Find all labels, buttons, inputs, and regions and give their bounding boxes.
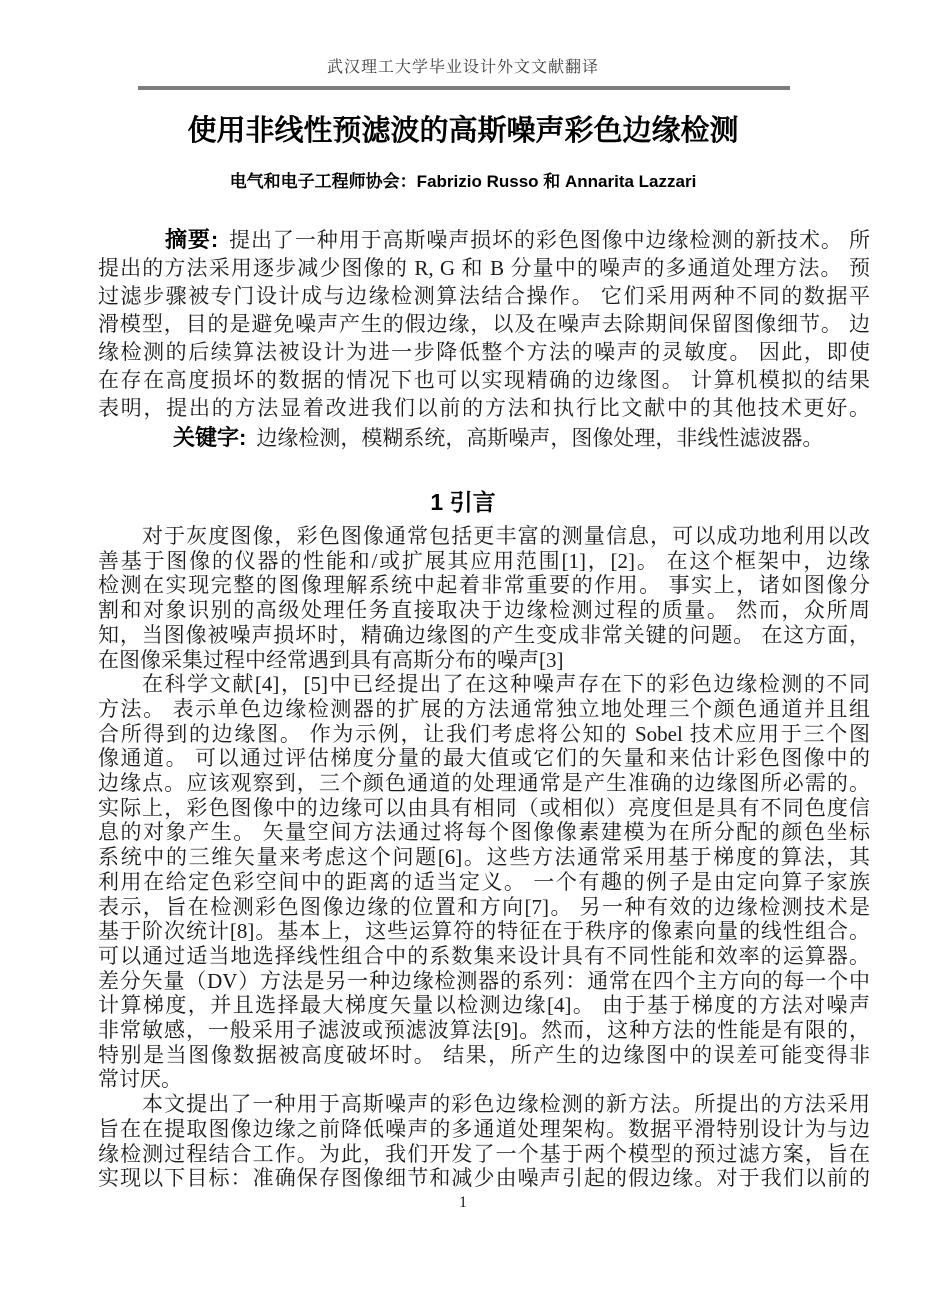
- body-line: 像通道。 可以通过评估梯度分量的最大值或它们的矢量和来估计彩色图像中的: [98, 746, 870, 771]
- paragraph-3: 本文提出了一种用于高斯噪声的彩色边缘检测的新方法。所提出的方法采用旨在在提取图像…: [98, 1092, 870, 1191]
- body-line: 基于阶次统计[8]。基本上，这些运算符的特征在于秩序的像素向量的线性组合。: [98, 919, 870, 944]
- body-line: 特别是当图像数据被高度破坏时。 结果，所产生的边缘图中的误差可能变得非: [98, 1043, 870, 1068]
- keywords-label: 关键字:: [173, 425, 246, 450]
- abstract-section: 摘要:提出了一种用于高斯噪声损坏的彩色图像中边缘检测的新技术。 所 提出的方法采…: [98, 226, 870, 422]
- body-line: 边缘点。应该观察到，三个颜色通道的处理通常是产生准确的边缘图所必需的。: [98, 771, 870, 796]
- body-line: 息的对象产生。 矢量空间方法通过将每个图像像素建模为在所分配的颜色坐标: [98, 820, 870, 845]
- body-line: 本文提出了一种用于高斯噪声的彩色边缘检测的新方法。所提出的方法采用: [98, 1092, 870, 1117]
- abstract-line: 提出的方法采用逐步减少图像的 R, G 和 B 分量中的噪声的多通道处理方法。 …: [98, 254, 870, 282]
- page-number: 1: [0, 1194, 926, 1212]
- abstract-line-text: 提出了一种用于高斯噪声损坏的彩色图像中边缘检测的新技术。 所: [228, 228, 870, 252]
- body-line: 在图像采集过程中经常遇到具有高斯分布的噪声[3]: [98, 648, 870, 673]
- abstract-label: 摘要:: [165, 227, 218, 252]
- doc-title: 使用非线性预滤波的高斯噪声彩色边缘检测: [0, 108, 926, 149]
- paragraph-2: 在科学文献[4]，[5]中已经提出了在这种噪声存在下的彩色边缘检测的不同方法。 …: [98, 672, 870, 1092]
- body-line: 可以通过适当地选择线性组合中的系数集来设计具有不同性能和效率的运算器。: [98, 944, 870, 969]
- header-title: 武汉理工大学毕业设计外文文献翻译: [0, 54, 926, 77]
- header-rule: [138, 86, 790, 90]
- abstract-line: 滑模型，目的是避免噪声产生的假边缘，以及在噪声去除期间保留图像细节。 边: [98, 310, 870, 338]
- body-line: 知，当图像被噪声损坏时，精确边缘图的产生变成非常关键的问题。 在这方面，: [98, 623, 870, 648]
- body-line: 非常敏感，一般采用子滤波或预滤波算法[9]。然而，这种方法的性能是有限的，: [98, 1018, 870, 1043]
- body-line: 利用在给定色彩空间中的距离的适当定义。 一个有趣的例子是由定向算子家族: [98, 870, 870, 895]
- byline: 电气和电子工程师协会：Fabrizio Russo 和 Annarita Laz…: [0, 167, 926, 192]
- body-line: 检测在实现完整的图像理解系统中起着非常重要的作用。 事实上，诸如图像分: [98, 573, 870, 598]
- body-line: 实现以下目标：准确保存图像细节和减少由噪声引起的假边缘。对于我们以前的: [98, 1166, 870, 1191]
- body-line: 割和对象识别的高级处理任务直接取决于边缘检测过程的质量。 然而，众所周: [98, 598, 870, 623]
- body-line: 系统中的三维矢量来考虑这个问题[6]。这些方法通常采用基于梯度的算法，其: [98, 845, 870, 870]
- paragraph-1: 对于灰度图像，彩色图像通常包括更丰富的测量信息，可以成功地利用以改善基于图像的仪…: [98, 524, 870, 672]
- body-line: 旨在在提取图像边缘之前降低噪声的多通道处理架构。数据平滑特别设计为与边: [98, 1117, 870, 1142]
- abstract-line: 缘检测的后续算法被设计为进一步降低整个方法的噪声的灵敏度。 因此，即使: [98, 338, 870, 366]
- body-line: 表示，旨在检测彩色图像边缘的位置和方向[7]。 另一种有效的边缘检测技术是: [98, 895, 870, 920]
- introduction-body: 对于灰度图像，彩色图像通常包括更丰富的测量信息，可以成功地利用以改善基于图像的仪…: [98, 524, 870, 1191]
- keywords-text: 边缘检测，模糊系统，高斯噪声，图像处理，非线性滤波器。: [256, 426, 823, 450]
- abstract-line: 过滤步骤被专门设计成与边缘检测算法结合操作。 它们采用两种不同的数据平: [98, 282, 870, 310]
- abstract-line: 在存在高度损坏的数据的情况下也可以实现精确的边缘图。 计算机模拟的结果: [98, 366, 870, 394]
- body-line: 缘检测过程结合工作。为此，我们开发了一个基于两个模型的预过滤方案，旨在: [98, 1142, 870, 1167]
- body-line: 合所得到的边缘图。 作为示例，让我们考虑将公知的 Sobel 技术应用于三个图: [98, 722, 870, 747]
- document-page: 武汉理工大学毕业设计外文文献翻译 使用非线性预滤波的高斯噪声彩色边缘检测 电气和…: [0, 0, 926, 1309]
- body-line: 实际上，彩色图像中的边缘可以由具有相同（或相似）亮度但是具有不同色度信: [98, 796, 870, 821]
- section-heading-introduction: 1 引言: [0, 484, 926, 517]
- abstract-first-line: 摘要:提出了一种用于高斯噪声损坏的彩色图像中边缘检测的新技术。 所: [98, 226, 870, 254]
- body-line: 差分矢量（DV）方法是另一种边缘检测器的系列：通常在四个主方向的每一个中: [98, 969, 870, 994]
- body-line: 对于灰度图像，彩色图像通常包括更丰富的测量信息，可以成功地利用以改: [98, 524, 870, 549]
- abstract-line: 表明，提出的方法显着改进我们以前的方法和执行比文献中的其他技术更好。: [98, 394, 870, 422]
- body-line: 善基于图像的仪器的性能和/或扩展其应用范围[1]，[2]。 在这个框架中，边缘: [98, 549, 870, 574]
- body-line: 方法。 表示单色边缘检测器的扩展的方法通常独立地处理三个颜色通道并且组: [98, 697, 870, 722]
- body-line: 在科学文献[4]，[5]中已经提出了在这种噪声存在下的彩色边缘检测的不同: [98, 672, 870, 697]
- keywords-line: 关键字:边缘检测，模糊系统，高斯噪声，图像处理，非线性滤波器。: [98, 424, 870, 452]
- body-line: 常讨厌。: [98, 1067, 870, 1092]
- body-line: 计算梯度，并且选择最大梯度矢量以检测边缘[4]。 由于基于梯度的方法对噪声: [98, 993, 870, 1018]
